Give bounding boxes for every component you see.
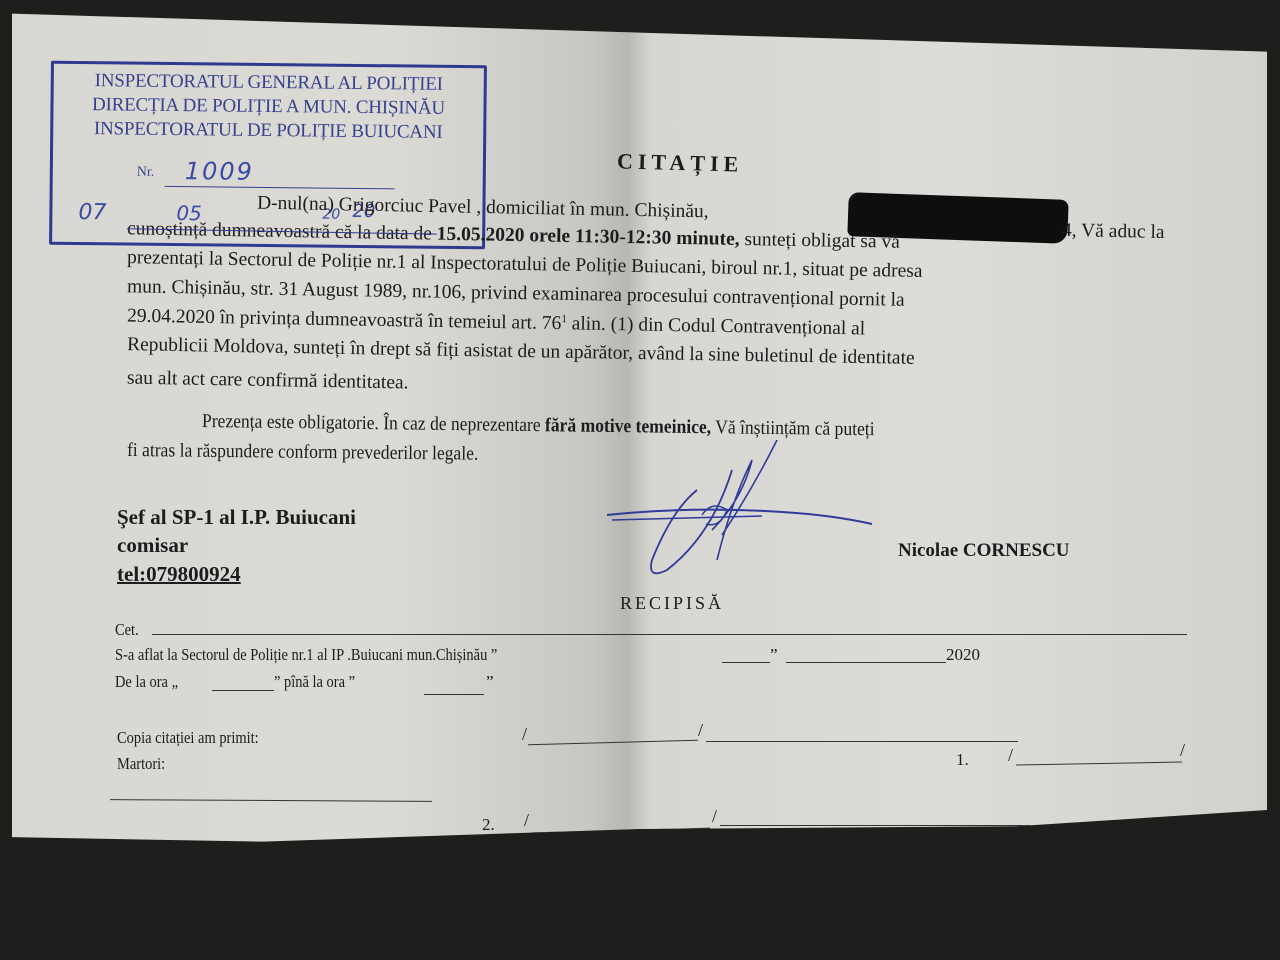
receipt-from-time-field[interactable] xyxy=(212,690,274,691)
receipt-cet-label: Cet. xyxy=(115,620,139,640)
paragraph1-line4: mun. Chișinău, str. 31 August 1989, nr.1… xyxy=(127,277,905,310)
legal-basis-text: 29.04.2020 în privința dumneavoastră în … xyxy=(127,306,562,335)
signatory-rank: comisar xyxy=(117,533,188,558)
presence-mandatory-text: Prezența este obligatorie. În caz de nep… xyxy=(202,411,545,436)
witness-2-signature-field[interactable] xyxy=(532,828,710,834)
paragraph1-line6: Republicii Moldova, sunteți în drept să … xyxy=(127,335,915,368)
signatory-position: Şef al SP-1 al I.P. Buiucani xyxy=(117,505,356,530)
receipt-visited-text: S-a aflat la Sectorul de Poliție nr.1 al… xyxy=(115,645,497,665)
receipt-from-label: De la ora „ xyxy=(115,672,178,692)
obligation-text: sunteți obligat să vă xyxy=(739,229,900,253)
stamp-line-1: INSPECTORATUL GENERAL AL POLIȚIEI xyxy=(54,70,484,97)
signatory-name: Nicolae CORNESCU xyxy=(898,540,1070,562)
paragraph1-line1-end: 4, Vă aduc la xyxy=(1062,221,1165,242)
stamp-nr-line xyxy=(165,186,395,189)
slash-separator: / xyxy=(524,810,529,831)
slash-separator: / xyxy=(1180,740,1185,761)
receipt-copy-label: Copia citației am primit: xyxy=(117,728,259,748)
slash-separator: / xyxy=(712,806,717,827)
paragraph1-line2: cunoștință dumneavoastră că la data de 1… xyxy=(127,219,900,252)
receipt-day-field[interactable] xyxy=(722,662,770,663)
witness-2-number: 2. xyxy=(482,815,495,835)
slash-separator: / xyxy=(1008,745,1013,766)
receipt-cet-field[interactable] xyxy=(152,634,1187,635)
paragraph1-line5: 29.04.2020 în privința dumneavoastră în … xyxy=(127,307,865,339)
stamp-nr-value: 1009 xyxy=(185,157,254,186)
citation-paper: INSPECTORATUL GENERAL AL POLIȚIEI DIRECȚ… xyxy=(12,0,1267,905)
stamp-nr-label: Nr. xyxy=(137,165,155,181)
receipt-month-field[interactable] xyxy=(786,662,946,663)
slash-separator: / xyxy=(522,724,527,745)
stamp-line-2: DIRECȚIA DE POLIȚIE A MUN. CHIȘINĂU xyxy=(53,94,483,121)
receipt-copy-signature-field[interactable] xyxy=(528,740,698,745)
stamp-date-day: 07 xyxy=(78,200,106,225)
paragraph2-line1: Prezența este obligatorie. În caz de nep… xyxy=(202,412,875,440)
paragraph1-line3: prezentați la Sectorul de Poliție nr.1 a… xyxy=(127,248,923,281)
receipt-to-label: ” pînă la ora ” xyxy=(274,672,355,692)
receipt-year: 2020 xyxy=(946,645,980,665)
stamp-line-3: INSPECTORATUL DE POLIȚIE BUIUCANI xyxy=(53,118,483,145)
receipt-to-time-field[interactable] xyxy=(424,694,484,695)
code-text: alin. (1) din Codul Contravențional al xyxy=(567,313,866,339)
witness-1-field[interactable] xyxy=(1016,762,1182,766)
witness-signature-field[interactable] xyxy=(110,799,432,802)
paragraph1-line7: sau alt act care confirmă identitatea. xyxy=(127,369,409,393)
receipt-copy-name-field[interactable] xyxy=(706,741,1018,742)
signatory-phone: tel:079800924 xyxy=(117,562,241,587)
slash-separator: / xyxy=(698,720,703,741)
receipt-day-close: ” xyxy=(770,645,778,665)
witness-2-name-field[interactable] xyxy=(720,825,1030,826)
notification-text: Vă înștiințăm că puteți xyxy=(711,417,875,440)
document-title: CITAȚIE xyxy=(617,148,744,177)
no-valid-reason-text: fără motive temeinice, xyxy=(545,415,711,438)
handwritten-signature-icon xyxy=(602,440,902,590)
witness-1-number: 1. xyxy=(956,750,969,770)
paragraph2-line2: fi atras la răspundere conform prevederi… xyxy=(127,441,479,464)
receipt-title: RECIPISĂ xyxy=(620,593,724,614)
receipt-to-close: ” xyxy=(486,672,494,692)
receipt-witnesses-label: Martori: xyxy=(117,754,165,774)
